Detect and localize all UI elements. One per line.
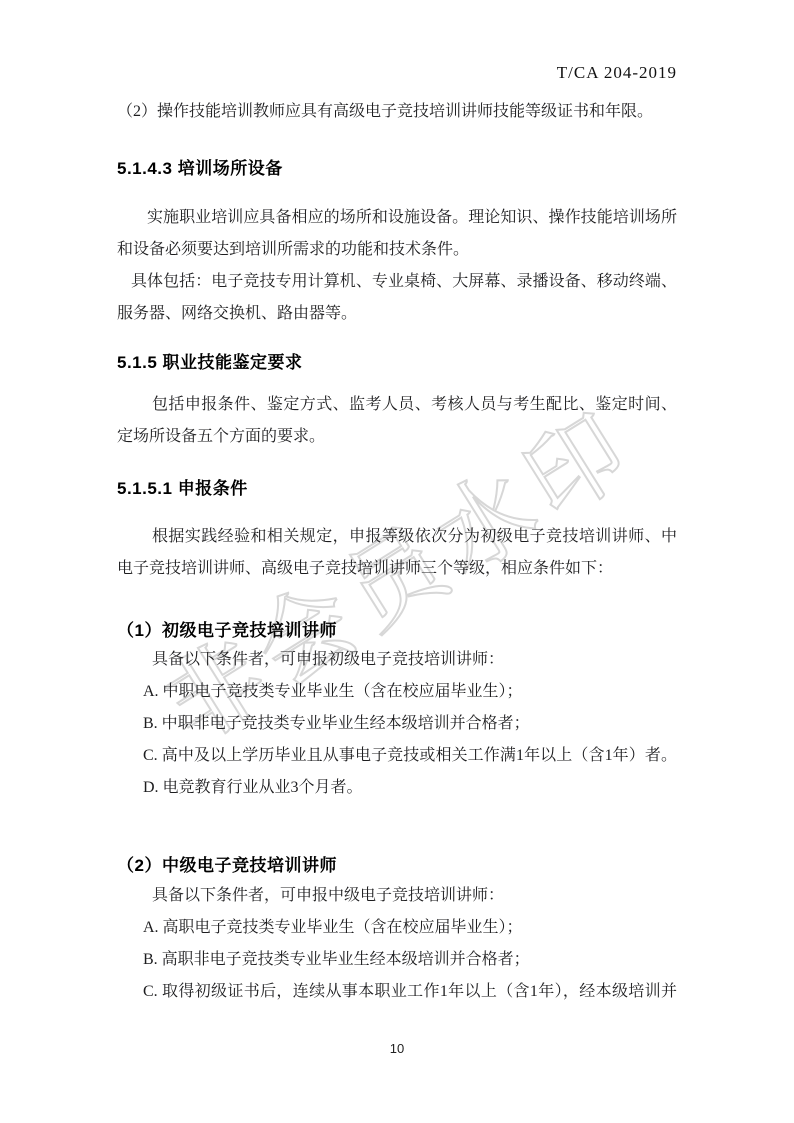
condition-item-c: C. 高中及以上学历毕业且从事电子竞技或相关工作满1年以上（含1年）者。 [143, 745, 677, 767]
document-code: T/CA 204-2019 [557, 63, 677, 83]
condition-item-b: B. 中职非电子竞技类专业毕业生经本级培训并合格者； [143, 713, 530, 735]
paragraph-line: 具备以下条件者，可申报初级电子竞技培训讲师： [152, 649, 504, 671]
condition-item-a: A. 高职电子竞技类专业毕业生（含在校应届毕业生）； [143, 917, 523, 939]
document-page: 非会员水印 T/CA 204-2019 （2）操作技能培训教师应具有高级电子竞技… [0, 0, 794, 1123]
text-layer: T/CA 204-2019 （2）操作技能培训教师应具有高级电子竞技培训讲师技能… [0, 0, 794, 1123]
section-heading-5-1-4-3: 5.1.4.3 培训场所设备 [117, 154, 283, 179]
condition-item-b: B. 高职非电子竞技类专业毕业生经本级培训并合格者； [143, 949, 530, 971]
paragraph-line: 具备以下条件者，可申报中级电子竞技培训讲师： [152, 885, 504, 907]
section-heading-5-1-5-1: 5.1.5.1 申报条件 [117, 474, 248, 499]
subsection-heading-level2: （2）中级电子竞技培训讲师 [117, 851, 337, 876]
subsection-heading-level1: （1）初级电子竞技培训讲师 [117, 616, 337, 641]
condition-item-d: D. 电竞教育行业从业3个月者。 [143, 777, 363, 799]
paragraph-line: 和设备必须要达到培训所需求的功能和技术条件。 [117, 239, 469, 261]
paragraph-line: 实施职业培训应具备相应的场所和设施设备。理论知识、操作技能培训场所 [147, 207, 677, 229]
paragraph-line: 根据实践经验和相关规定，申报等级依次分为初级电子竞技培训讲师、中级 [152, 526, 677, 548]
section-heading-5-1-5: 5.1.5 职业技能鉴定要求 [117, 348, 303, 373]
condition-item-c: C. 取得初级证书后，连续从事本职业工作1年以上（含1年），经本级培训并 [143, 981, 677, 1003]
condition-item-a: A. 中职电子竞技类专业毕业生（含在校应届毕业生）； [143, 681, 523, 703]
list-item-2-operation-skill: （2）操作技能培训教师应具有高级电子竞技培训讲师技能等级证书和年限。 [117, 101, 653, 123]
paragraph-line: 包括申报条件、鉴定方式、监考人员、考核人员与考生配比、鉴定时间、鉴 [152, 394, 677, 416]
paragraph-line: 电子竞技培训讲师、高级电子竞技培训讲师三个等级，相应条件如下： [117, 558, 613, 580]
page-number: 10 [0, 1041, 794, 1056]
paragraph-line: 服务器、网络交换机、路由器等。 [117, 303, 357, 325]
paragraph-line: 定场所设备五个方面的要求。 [117, 426, 325, 448]
paragraph-line: 具体包括：电子竞技专用计算机、专业桌椅、大屏幕、录播设备、移动终端、 [131, 271, 677, 293]
